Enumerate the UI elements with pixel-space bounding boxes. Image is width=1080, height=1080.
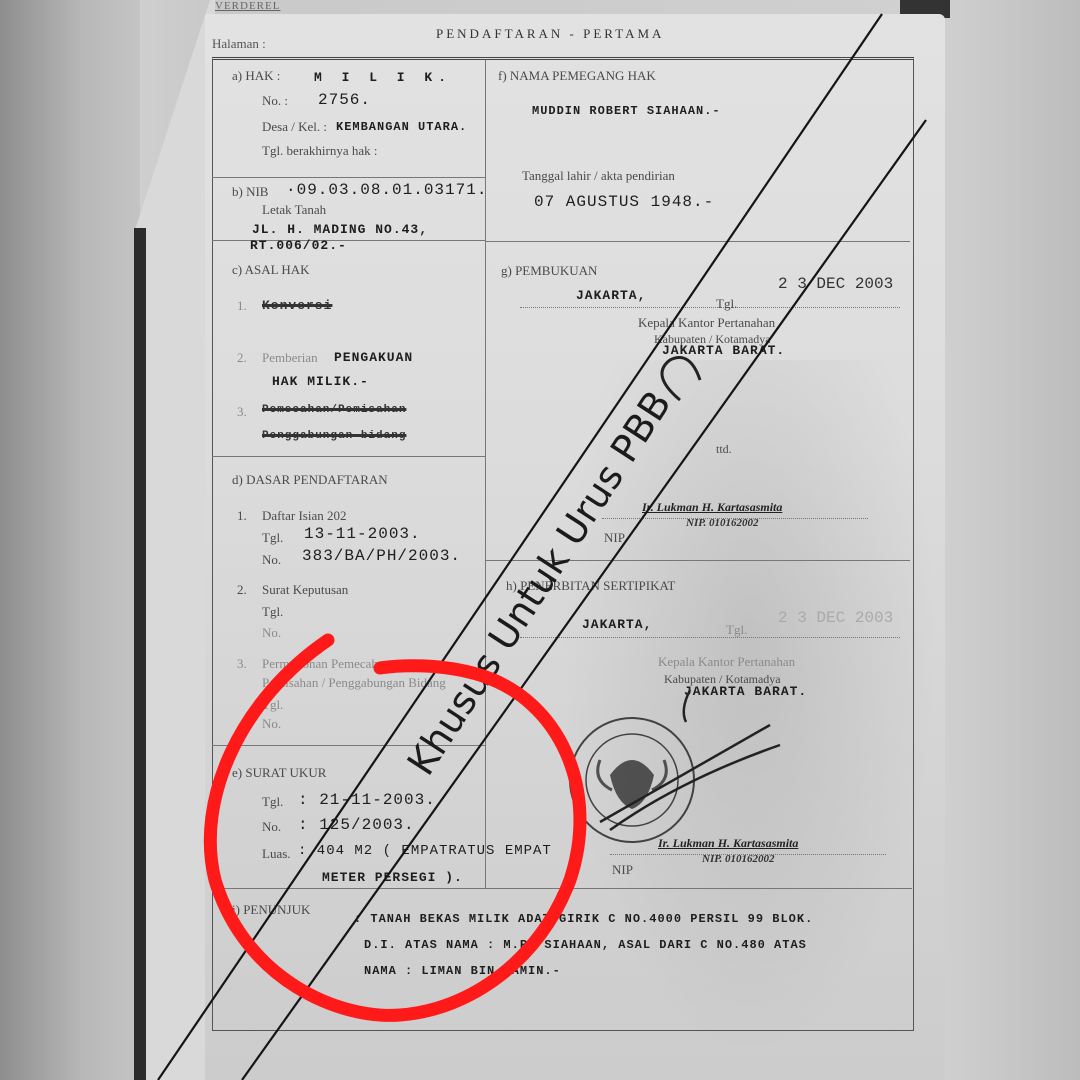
dasar-item1-tgl-label: Tgl. [262, 530, 283, 546]
surat-ukur-no-label: No. [262, 819, 281, 835]
pembukuan-official-name: Ir. Lukman H. Kartasasmita [642, 500, 782, 515]
row-divider-e [212, 888, 912, 889]
desa-label: Desa / Kel. : [262, 119, 327, 135]
row-divider-f [485, 241, 910, 242]
pembukuan-office-label: Kepala Kantor Pertanahan [638, 315, 775, 331]
dasar-item3-label2: Pemisahan / Penggabungan Bidang [262, 675, 446, 691]
nib-value: ·09.03.08.01.03171. [286, 181, 487, 199]
asal-item2-value: PENGAKUAN [334, 350, 413, 365]
penunjuk-line3: NAMA : LIMAN BIN SAMIN.- [364, 964, 561, 978]
row-divider-a [212, 177, 485, 178]
row-divider-g [485, 560, 910, 561]
asal-item2-label: Pemberian [262, 350, 318, 366]
pembukuan-official-nip: NIP. 010162002 [686, 517, 759, 529]
surat-ukur-tgl-label: Tgl. [262, 794, 283, 810]
row-divider-d [212, 745, 485, 746]
asal-item2-value2: HAK MILIK.- [272, 374, 369, 389]
background-left [0, 0, 140, 1080]
pembukuan-city: JAKARTA, [576, 288, 646, 303]
dasar-item1-no-value: 383/BA/PH/2003. [302, 547, 461, 565]
letak-label: Letak Tanah [262, 202, 326, 218]
page-curl-shadow [134, 228, 146, 1080]
dasar-item2-label: Surat Keputusan [262, 582, 348, 598]
dasar-item2-num: 2. [237, 582, 247, 598]
holder-name: MUDDIN ROBERT SIAHAAN.- [532, 104, 721, 118]
document-title: PENDAFTARAN - PERTAMA [436, 26, 664, 42]
pembukuan-office-value: JAKARTA BARAT. [662, 343, 785, 358]
dasar-item1-tgl-value: 13-11-2003. [304, 525, 421, 543]
pembukuan-tgl-label: Tgl. [716, 296, 737, 312]
pembukuan-heading: g) PEMBUKUAN [501, 263, 597, 279]
dasar-item2-tgl-label: Tgl. [262, 604, 283, 620]
penerbitan-heading: h) PENERBITAN SERTIPIKAT [506, 578, 675, 594]
dob-label: Tanggal lahir / akta pendirian [522, 168, 675, 184]
penerbitan-office-label: Kepala Kantor Pertanahan [658, 654, 795, 670]
surat-ukur-luas-label: Luas. [262, 846, 291, 862]
dasar-heading: d) DASAR PENDAFTARAN [232, 472, 388, 488]
surat-ukur-tgl-value: : 21-11-2003. [298, 791, 436, 809]
penunjuk-line1: : TANAH BEKAS MILIK ADAT GIRIK C NO.4000… [354, 912, 813, 926]
dotted-line [520, 306, 900, 308]
penerbitan-date-stamp: 2 3 DEC 2003 [778, 609, 893, 627]
expiry-label: Tgl. berakhirnya hak : [262, 143, 378, 159]
surat-ukur-luas-value: : 404 M2 ( EMPATRATUS EMPAT [298, 843, 552, 859]
penunjuk-heading: i) PENUNJUK [232, 902, 310, 918]
ttd-label: ttd. [716, 442, 732, 457]
asal-item3-struck-line1: Pemecahan/Pemisahan [262, 404, 406, 416]
page-label: Halaman : [212, 36, 266, 52]
asal-item3-num: 3. [237, 404, 247, 420]
surat-ukur-heading: e) SURAT UKUR [232, 765, 326, 781]
asal-hak-heading: c) ASAL HAK [232, 262, 310, 278]
dob-value: 07 AGUSTUS 1948.- [534, 193, 714, 211]
asal-item2-num: 2. [237, 350, 247, 366]
penerbitan-nip-label: NIP [612, 862, 633, 878]
surat-ukur-luas-value2: METER PERSEGI ). [322, 870, 463, 885]
nib-label: b) NIB [232, 184, 268, 200]
desa-value: KEMBANGAN UTARA. [336, 120, 467, 134]
dasar-item1-label: Daftar Isian 202 [262, 508, 346, 524]
dasar-item3-no-label: No. [262, 716, 281, 732]
surat-ukur-no-value: : 125/2003. [298, 816, 415, 834]
penerbitan-official-name: Ir. Lukman H. Kartasasmita [658, 836, 798, 851]
row-divider-c [212, 456, 485, 457]
dotted-line [520, 636, 900, 638]
penerbitan-official-nip: NIP. 010162002 [702, 853, 775, 865]
letak-line1: JL. H. MADING NO.43, [252, 222, 428, 237]
top-stamp: VERDEREL [215, 0, 280, 12]
dasar-item3-label1: Permohonan Pemecahan [262, 656, 390, 672]
pembukuan-date-stamp: 2 3 DEC 2003 [778, 275, 893, 293]
asal-item1-struck: Konversi [262, 298, 332, 313]
dasar-item3-num: 3. [237, 656, 247, 672]
asal-item1-num: 1. [237, 298, 247, 314]
dasar-item2-no-label: No. [262, 625, 281, 641]
pemegang-hak-heading: f) NAMA PEMEGANG HAK [498, 68, 656, 84]
hak-no-value: 2756. [318, 91, 371, 109]
dasar-item3-tgl-label: Tgl. [262, 697, 283, 713]
dasar-item1-no-label: No. [262, 552, 281, 568]
hak-value: M I L I K. [314, 70, 452, 85]
penunjuk-line2: D.I. ATAS NAMA : M.R. SIAHAAN, ASAL DARI… [364, 938, 807, 952]
hak-label: a) HAK : [232, 68, 280, 84]
penerbitan-city: JAKARTA, [582, 617, 652, 632]
asal-item3-struck-line2: Penggabungan bidang [262, 430, 406, 442]
letak-line2: RT.006/02.- [250, 238, 347, 253]
dasar-item1-num: 1. [237, 508, 247, 524]
page-curl [135, 0, 215, 1080]
pembukuan-nip-label: NIP [604, 530, 625, 546]
hak-no-label: No. : [262, 93, 288, 109]
penerbitan-office-value: JAKARTA BARAT. [684, 684, 807, 699]
